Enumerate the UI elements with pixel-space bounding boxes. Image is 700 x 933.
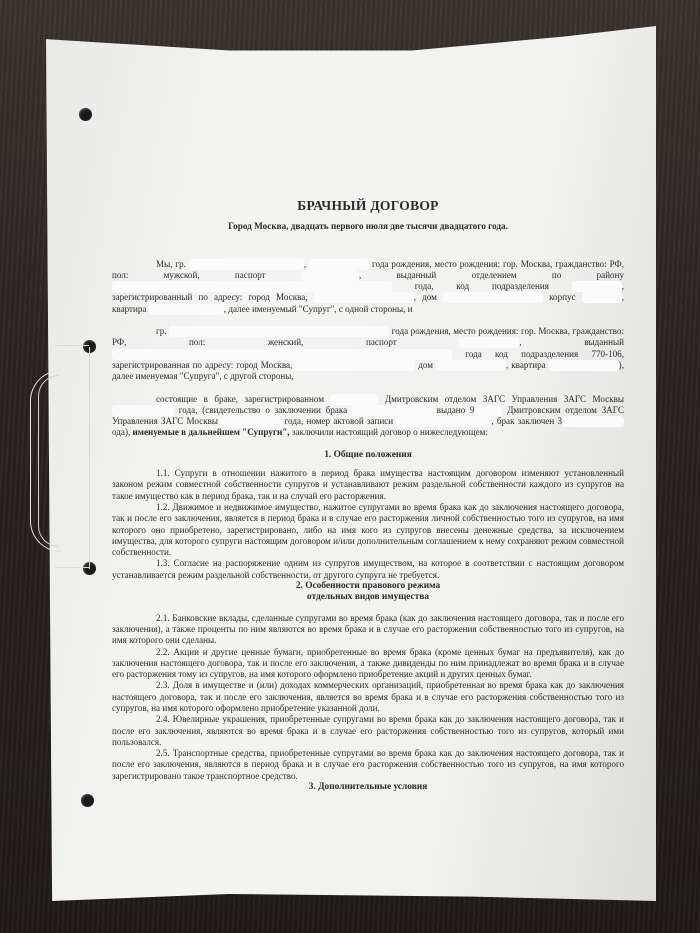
binding-thread-bottom: [55, 567, 89, 568]
punch-hole-top: [79, 108, 92, 121]
husband-paragraph: Мы, гр. , года рождения, место рождения:…: [112, 259, 624, 315]
redaction: [189, 259, 304, 270]
redaction: [149, 304, 224, 315]
redaction: [549, 360, 619, 371]
redaction: [112, 349, 452, 360]
redaction: [572, 281, 622, 292]
clause-2-5: 2.5. Транспортные средства, приобретенны…: [112, 748, 624, 782]
redaction: [562, 416, 624, 427]
document-title: БРАЧНЫЙ ДОГОВОР: [112, 200, 624, 211]
redaction: [112, 281, 392, 292]
marriage-paragraph: состоящие в браке, зарегистрированном Дм…: [112, 394, 624, 439]
redaction: [314, 292, 414, 303]
document-content: БРАЧНЫЙ ДОГОВОР Город Москва, двадцать п…: [112, 200, 624, 793]
clause-2-4: 2.4. Ювелирные украшения, приобретенные …: [112, 714, 624, 748]
redaction: [443, 292, 543, 303]
wife-paragraph: гр. года рождения, место рождения: гор. …: [112, 326, 624, 382]
clause-2-3: 2.3. Доля в имуществе и (или) доходах ко…: [112, 680, 624, 714]
binding-thread-top: [55, 345, 89, 346]
redaction: [309, 259, 369, 270]
redaction: [474, 405, 502, 416]
binding-thread-loop-2: [38, 375, 59, 547]
clause-2-2: 2.2. Акции и другие ценные бумаги, приоб…: [112, 647, 624, 681]
redaction: [112, 405, 174, 416]
redaction: [582, 292, 622, 303]
redaction: [221, 416, 281, 427]
clause-1-3: 1.3. Согласие на распоряжение одним из с…: [112, 558, 624, 581]
clause-1-2: 1.2. Движимое и недвижимое имущество, на…: [112, 502, 624, 558]
redaction: [295, 360, 415, 371]
redaction: [352, 405, 432, 416]
redaction: [459, 337, 519, 348]
binding-thread: [89, 347, 90, 569]
place-date: Город Москва, двадцать первого июля две …: [112, 221, 624, 232]
section-1-heading: 1. Общие положения: [112, 450, 624, 461]
redaction: [396, 416, 491, 427]
redaction: [436, 360, 506, 371]
clause-2-1: 2.1. Банковские вклады, сделанные супруг…: [112, 613, 624, 647]
section-2-heading-line2: отдельных видов имущества: [112, 592, 624, 603]
section-2-heading: 2. Особенности правового режима: [112, 581, 624, 592]
punch-hole-bottom: [81, 794, 94, 807]
clause-1-1: 1.1. Супруги в отношении нажитого в пери…: [112, 468, 624, 502]
redaction: [169, 326, 389, 337]
section-3-heading: 3. Дополнительные условия: [112, 782, 624, 793]
redaction: [330, 394, 378, 405]
redaction: [301, 270, 359, 281]
